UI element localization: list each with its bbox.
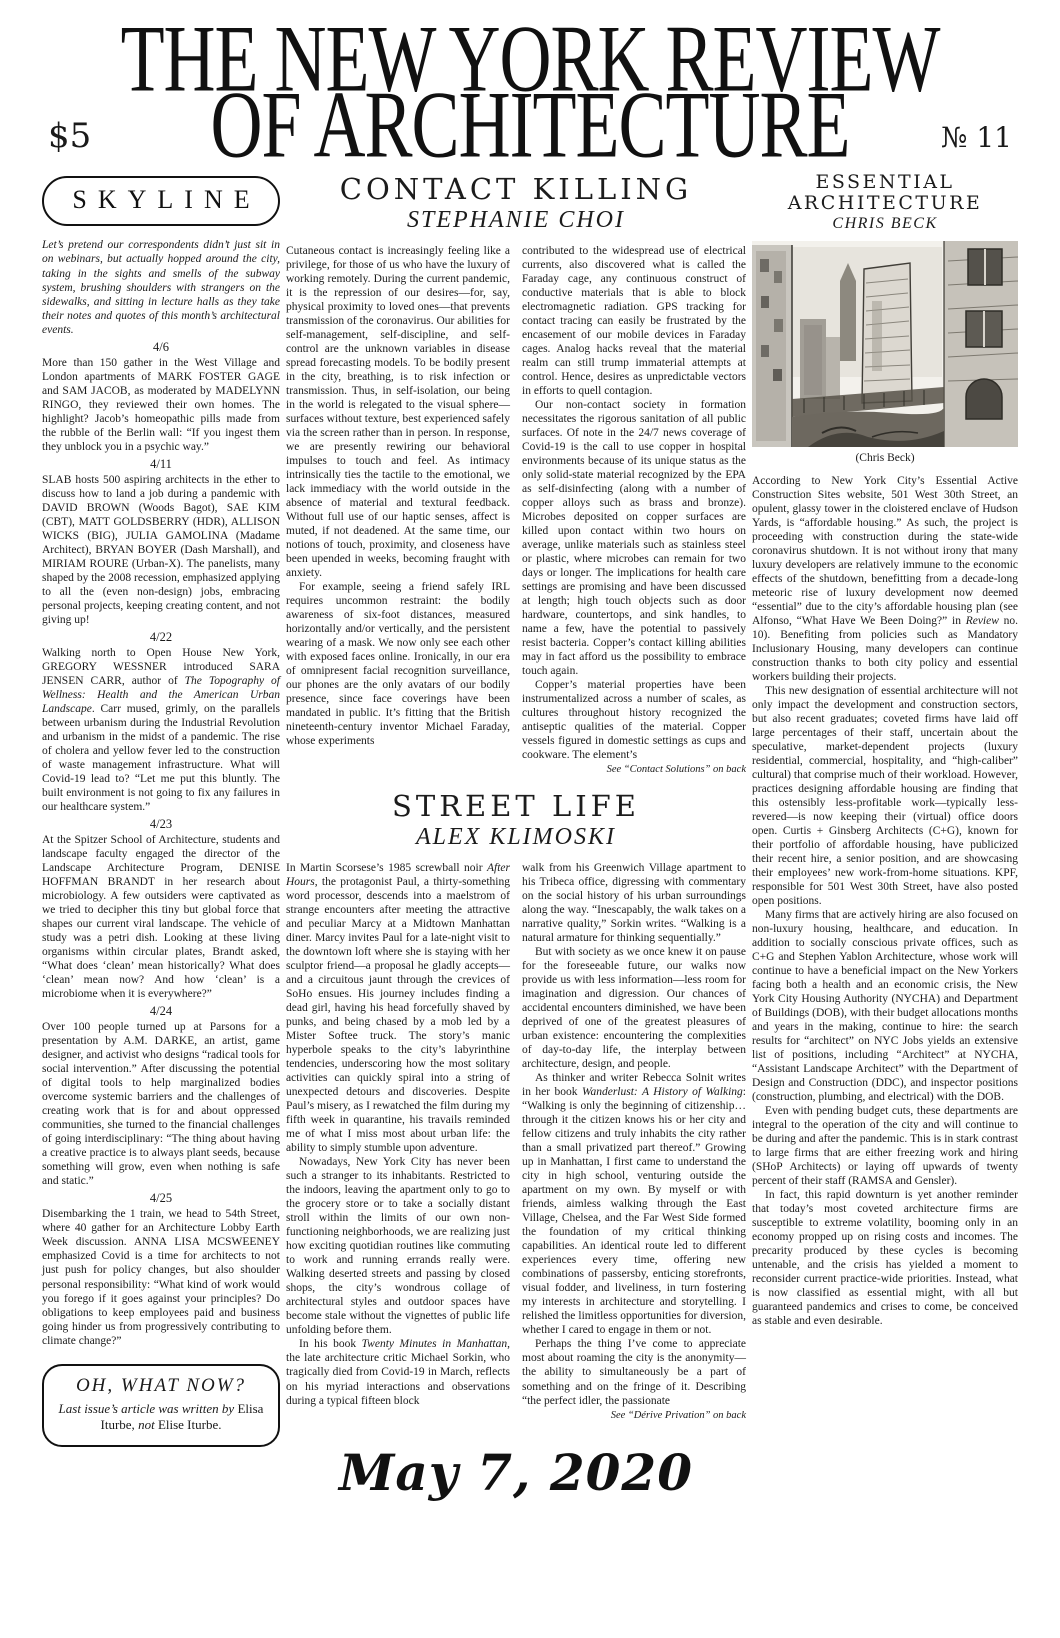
article-column-left: Cutaneous contact is increasingly feelin… xyxy=(286,244,510,776)
correction-title: OH, WHAT NOW? xyxy=(56,1375,266,1397)
essential-architecture-header: ESSENTIAL ARCHITECTURE CHRIS BECK xyxy=(752,172,1018,232)
event-date: 4/25 xyxy=(42,1191,280,1206)
skyline-badge: SKYLINE xyxy=(42,176,280,226)
paragraph: Even with pending budget cuts, these dep… xyxy=(752,1104,1018,1188)
paragraph: This new designation of essential archit… xyxy=(752,684,1018,908)
paragraph: Cutaneous contact is increasingly feelin… xyxy=(286,244,510,580)
skyline-intro: Let’s pretend our correspondents didn’t … xyxy=(42,238,280,336)
article-byline: ALEX KLIMOSKI xyxy=(286,824,746,851)
paragraph: contributed to the widespread use of ele… xyxy=(522,244,746,398)
essential-architecture-column: ESSENTIAL ARCHITECTURE CHRIS BECK xyxy=(752,172,1018,1328)
event-date: 4/24 xyxy=(42,1004,280,1019)
price-label: $5 xyxy=(48,116,91,156)
event-text: Over 100 people turned up at Parsons for… xyxy=(42,1020,280,1188)
event-date: 4/22 xyxy=(42,630,280,645)
event-date: 4/11 xyxy=(42,457,280,472)
contact-killing-header: CONTACT KILLING STEPHANIE CHOI xyxy=(286,174,746,233)
masthead: THE NEW YORK REVIEW $5 OF ARCHITECTURE №… xyxy=(42,26,1018,158)
issue-date: May 7, 2020 xyxy=(286,1443,746,1502)
skyline-label: SKYLINE xyxy=(44,185,278,215)
article-title: CONTACT KILLING xyxy=(286,174,746,204)
article-title: STREET LIFE xyxy=(286,791,746,821)
paragraph: walk from his Greenwich Village apartmen… xyxy=(522,861,746,945)
masthead-title-line2: OF ARCHITECTURE xyxy=(42,92,1018,158)
article-title: ESSENTIAL ARCHITECTURE xyxy=(752,172,1018,213)
paragraph: But with society as we once knew it on p… xyxy=(522,945,746,1071)
event-text: Disembarking the 1 train, we head to 54t… xyxy=(42,1207,280,1347)
article-byline: STEPHANIE CHOI xyxy=(286,207,746,234)
article-byline: CHRIS BECK xyxy=(752,215,1018,233)
issue-number: № 11 xyxy=(941,121,1012,154)
paragraph: Perhaps the thing I’ve come to appreciat… xyxy=(522,1337,746,1407)
event-text: Walking north to Open House New York, GR… xyxy=(42,646,280,814)
paragraph: Many firms that are actively hiring are … xyxy=(752,908,1018,1104)
paragraph: Our non-contact society in formation nec… xyxy=(522,398,746,678)
article-column-right: contributed to the widespread use of ele… xyxy=(522,244,746,776)
newspaper-page: THE NEW YORK REVIEW $5 OF ARCHITECTURE №… xyxy=(0,0,1060,1502)
street-life-body: In Martin Scorsese’s 1985 screwball noir… xyxy=(286,861,746,1421)
article-column-left: In Martin Scorsese’s 1985 screwball noir… xyxy=(286,861,510,1421)
correction-body: Last issue’s article was written by Elis… xyxy=(56,1401,266,1435)
continuation-note: See “Dérive Privation” on back xyxy=(522,1410,746,1421)
event-date: 4/23 xyxy=(42,817,280,832)
paragraph: In Martin Scorsese’s 1985 screwball noir… xyxy=(286,861,510,1155)
event-text: More than 150 gather in the West Village… xyxy=(42,356,280,454)
paragraph: As thinker and writer Rebecca Solnit wri… xyxy=(522,1071,746,1337)
page-columns: SKYLINE Let’s pretend our correspondents… xyxy=(42,172,1018,1501)
contact-killing-body: Cutaneous contact is increasingly feelin… xyxy=(286,244,746,776)
event-text: SLAB hosts 500 aspiring architects in th… xyxy=(42,473,280,627)
continuation-note: See “Contact Solutions” on back xyxy=(522,764,746,775)
city-sketch-illustration xyxy=(752,241,1018,447)
paragraph: For example, seeing a friend safely IRL … xyxy=(286,580,510,748)
event-date: 4/6 xyxy=(42,340,280,355)
article-column-right: walk from his Greenwich Village apartmen… xyxy=(522,861,746,1421)
middle-section: CONTACT KILLING STEPHANIE CHOI Cutaneous… xyxy=(286,172,746,1501)
event-text: At the Spitzer School of Architecture, s… xyxy=(42,833,280,1001)
street-life-header: STREET LIFE ALEX KLIMOSKI xyxy=(286,791,746,850)
paragraph: In his book Twenty Minutes in Manhattan,… xyxy=(286,1337,510,1407)
paragraph: Nowadays, New York City has never been s… xyxy=(286,1155,510,1337)
paragraph: According to New York City’s Essential A… xyxy=(752,474,1018,684)
paragraph: Copper’s material properties have been i… xyxy=(522,678,746,762)
image-caption: (Chris Beck) xyxy=(752,452,1018,464)
skyline-column: SKYLINE Let’s pretend our correspondents… xyxy=(42,172,280,1447)
correction-box: OH, WHAT NOW? Last issue’s article was w… xyxy=(42,1364,280,1448)
paragraph: In fact, this rapid downturn is yet anot… xyxy=(752,1188,1018,1328)
